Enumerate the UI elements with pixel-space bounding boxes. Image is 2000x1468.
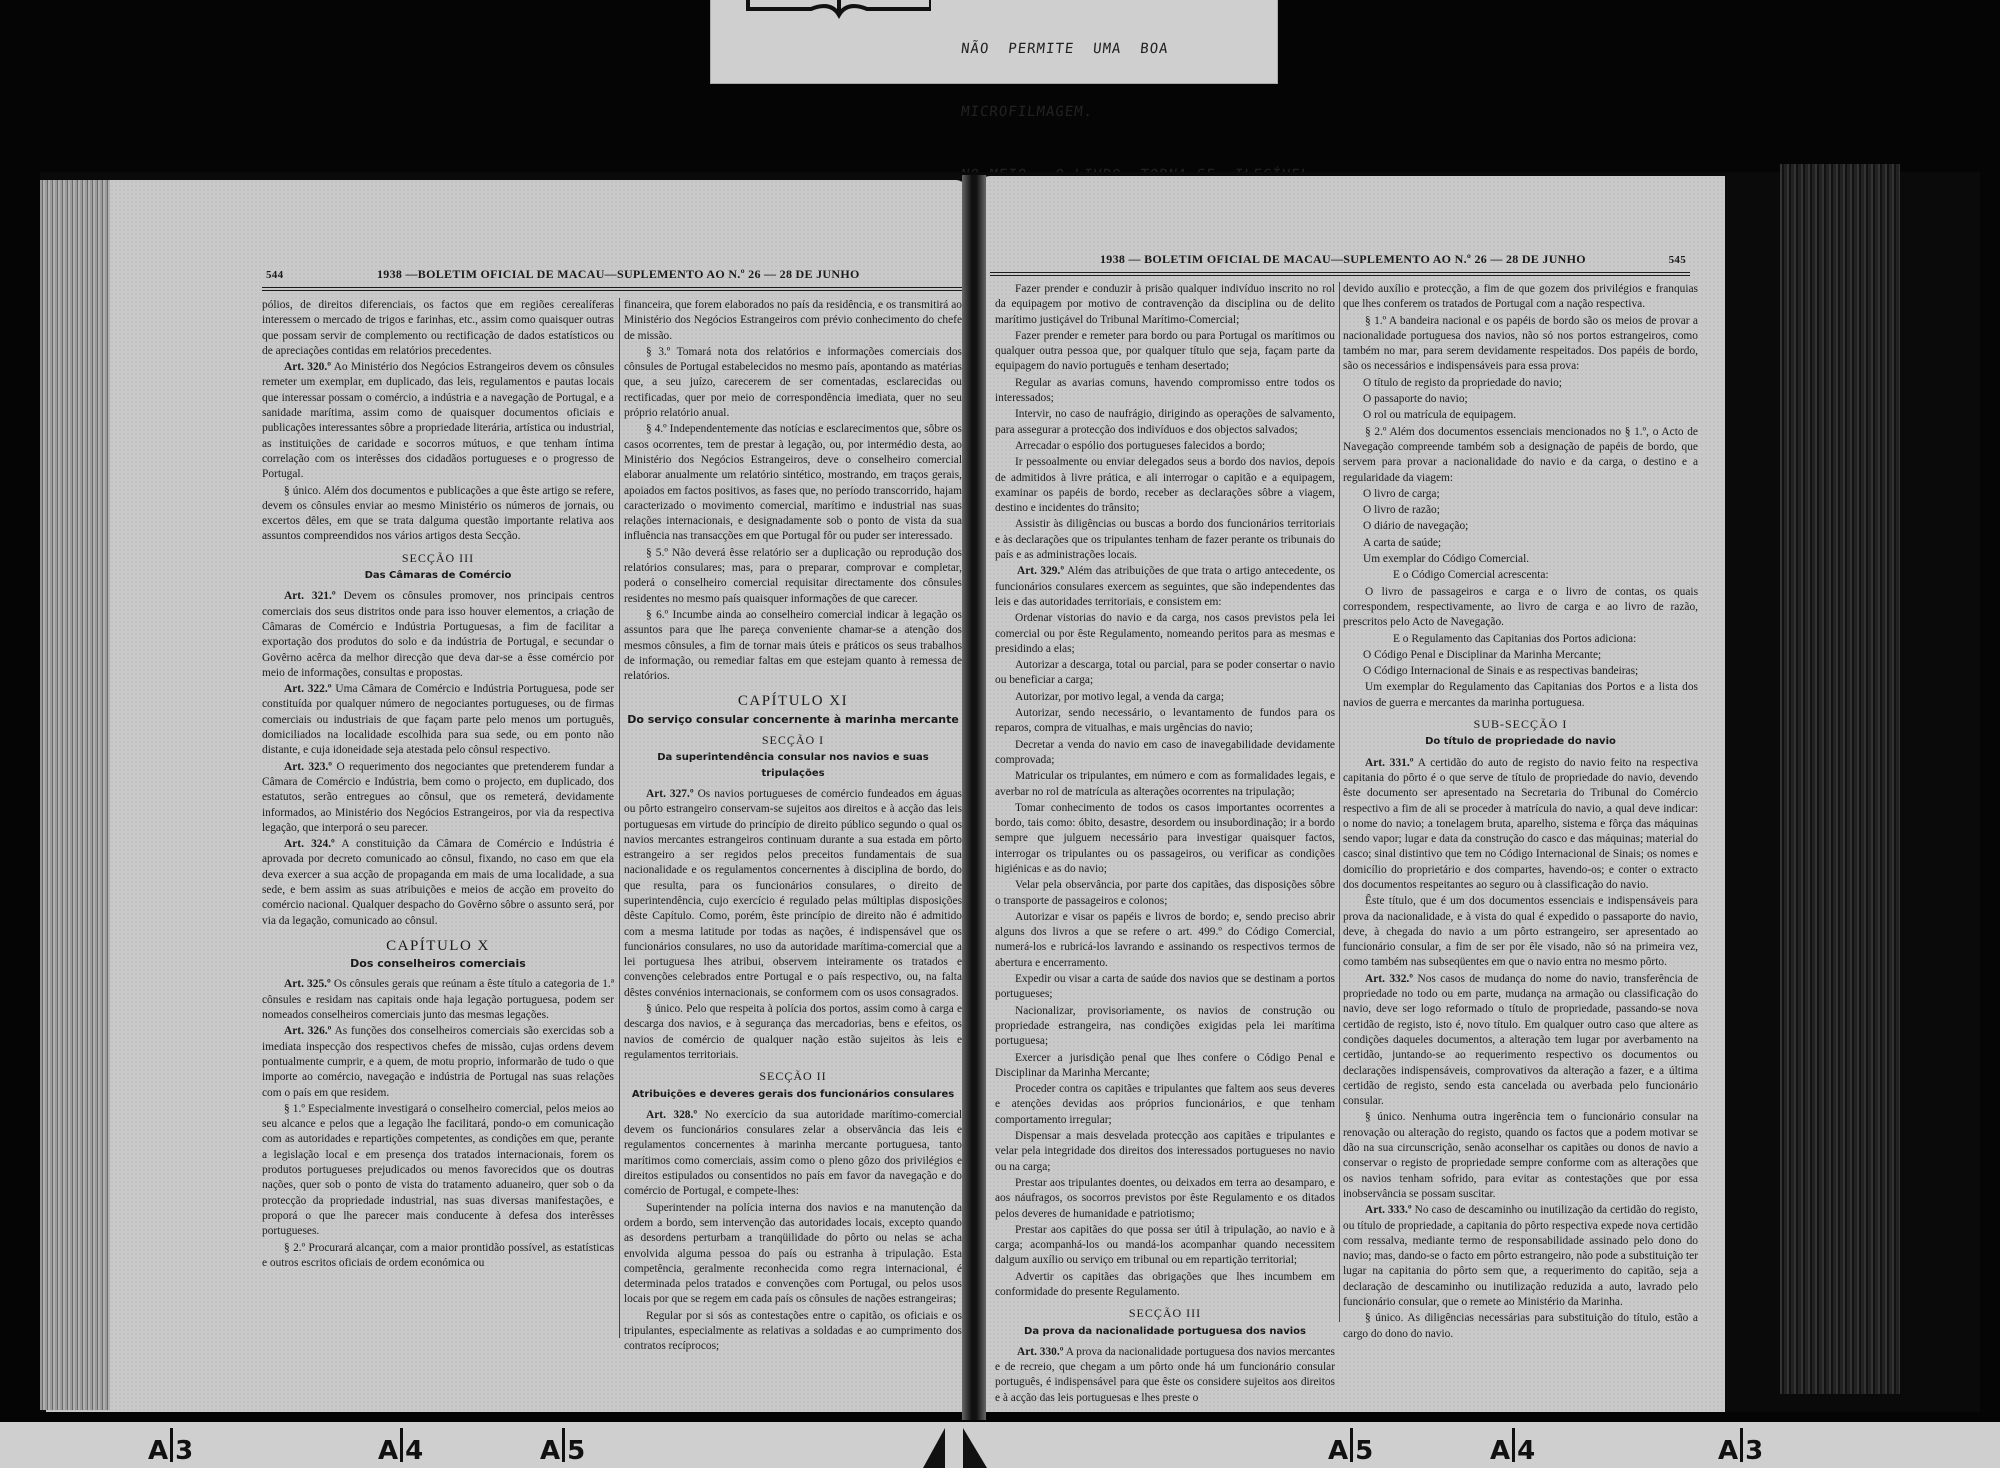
- section-title: SECÇÃO II: [624, 1069, 962, 1084]
- list-item: Ir pessoalmente ou enviar delegados seus…: [995, 455, 1335, 516]
- list-item: Autorizar e visar os papéis e livros de …: [995, 910, 1335, 971]
- article-320: Art. 320.º Ao Ministério dos Negócios Es…: [262, 360, 614, 482]
- marker-number: 5: [1355, 1436, 1373, 1466]
- running-title: 1938 — BOLETIM OFICIAL DE MACAU—SUPLEMEN…: [1100, 252, 1586, 267]
- section-subtitle: Das Câmaras de Comércio: [262, 568, 614, 583]
- right-column-1: Fazer prender e conduzir à prisão qualqu…: [995, 282, 1335, 1407]
- paragraph: § 4.º Independentemente das notícias e e…: [624, 422, 962, 544]
- list-item: O diário de navegação;: [1343, 519, 1698, 534]
- marker-letter: A: [1490, 1436, 1510, 1466]
- list-item: O Código Internacional de Sinais e as re…: [1343, 664, 1698, 679]
- chapter-subtitle: Do serviço consular concernente à marinh…: [624, 712, 962, 727]
- marker-number: 4: [1517, 1436, 1535, 1466]
- article-322: Art. 322.º Uma Câmara de Comércio e Indú…: [262, 682, 614, 758]
- list-item: A carta de saúde;: [1343, 536, 1698, 551]
- article-332: Art. 332.º Nos casos de mudança do nome …: [1343, 972, 1698, 1110]
- marker-bar: [170, 1428, 173, 1462]
- marker-number: 5: [567, 1436, 585, 1466]
- paragraph: § único. Pelo que respeita à polícia dos…: [624, 1002, 962, 1063]
- list-item: Um exemplar do Código Comercial.: [1343, 552, 1698, 567]
- paragraph: Um exemplar do Regulamento das Capitania…: [1343, 680, 1698, 711]
- paragraph: § 2.º Além dos documentos essenciais men…: [1343, 425, 1698, 486]
- film-frame-marker: A5: [1328, 1430, 1373, 1466]
- left-page-edges: [40, 180, 110, 1410]
- paragraph: devido auxílio e protecção, a fim de que…: [1343, 282, 1698, 313]
- paragraph: § único. Além dos documentos e publicaçõ…: [262, 484, 614, 545]
- paragraph: § único. Nenhuma outra ingerência tem o …: [1343, 1110, 1698, 1202]
- section-title: SECÇÃO III: [995, 1306, 1335, 1321]
- paragraph: § 1.º Especialmente investigará o consel…: [262, 1102, 614, 1240]
- running-title: 1938 —BOLETIM OFICIAL DE MACAU—SUPLEMENT…: [377, 267, 860, 282]
- paragraph: pólios, de direitos diferenciais, os fac…: [262, 298, 614, 359]
- paragraph: E o Regulamento das Capitanias dos Porto…: [1343, 632, 1698, 647]
- list-item: Ordenar vistorias do navio e da carga, n…: [995, 611, 1335, 657]
- note-line: NÃO PERMITE UMA BOA: [960, 39, 1311, 60]
- chapter-title: CAPÍTULO X: [262, 939, 614, 954]
- list-item: Arrecadar o espólio dos portugueses fale…: [995, 439, 1335, 454]
- article-331: Art. 331.º A certidão do auto de registo…: [1343, 756, 1698, 894]
- marker-letter: A: [1718, 1436, 1738, 1466]
- paragraph: § 1.º A bandeira nacional e os papéis de…: [1343, 314, 1698, 375]
- list-item: Superintender na polícia interna dos nav…: [624, 1201, 962, 1308]
- paragraph: § 5.º Não deverá êsse relatório ser a du…: [624, 546, 962, 607]
- marker-letter: A: [1328, 1436, 1348, 1466]
- article-328: Art. 328.º No exercício da sua autoridad…: [624, 1108, 962, 1200]
- list-item: Tomar conhecimento de todos os casos imp…: [995, 801, 1335, 877]
- list-item: Velar pela observância, por parte dos ca…: [995, 878, 1335, 909]
- list-item: Nacionalizar, provisoriamente, os navios…: [995, 1004, 1335, 1050]
- article-333: Art. 333.º No caso de descaminho ou inut…: [1343, 1203, 1698, 1310]
- center-alignment-arrows-icon: [905, 1428, 1005, 1468]
- column-divider: [1339, 282, 1340, 1322]
- marker-number: 3: [175, 1436, 193, 1466]
- paragraph: § único. As diligências necessárias para…: [1343, 1311, 1698, 1342]
- film-frame-marker: A3: [1718, 1430, 1763, 1466]
- page-number: 544: [266, 269, 283, 281]
- paragraph: O livro de passageiros e carga e o livro…: [1343, 585, 1698, 631]
- list-item: O título de registo da propriedade do na…: [1343, 376, 1698, 391]
- article-326: Art. 326.º As funções dos conselheiros c…: [262, 1024, 614, 1100]
- list-item: Intervir, no caso de naufrágio, dirigind…: [995, 407, 1335, 438]
- film-frame-marker: A4: [1490, 1430, 1535, 1466]
- article-329: Art. 329.º Além das atribuições de que t…: [995, 564, 1335, 610]
- list-item: O passaporte do navio;: [1343, 392, 1698, 407]
- list-item: Autorizar, por motivo legal, a venda da …: [995, 690, 1335, 705]
- subsection-title: SUB-SECÇÃO I: [1343, 717, 1698, 732]
- film-frame-marker: A3: [148, 1430, 193, 1466]
- marker-bar: [1740, 1428, 1743, 1462]
- paragraph: § 6.º Incumbe ainda ao conselheiro comer…: [624, 608, 962, 684]
- list-item: O livro de razão;: [1343, 503, 1698, 518]
- page-number: 545: [1669, 254, 1686, 266]
- article-323: Art. 323.º O requerimento dos negociante…: [262, 760, 614, 836]
- subsection-subtitle: Do título de propriedade do navio: [1343, 734, 1698, 749]
- note-line: MICROFILMAGEM.: [960, 102, 1311, 123]
- chapter-title: CAPÍTULO XI: [624, 694, 962, 709]
- paragraph: § 3.º Tomará nota dos relatórios e infor…: [624, 345, 962, 421]
- section-subtitle: Da prova da nacionalidade portuguesa dos…: [995, 1324, 1335, 1339]
- list-item: Exercer a jurisdição penal que lhes conf…: [995, 1051, 1335, 1082]
- right-page-edges: [1780, 164, 1900, 1394]
- list-item: Autorizar, sendo necessário, o levantame…: [995, 706, 1335, 737]
- article-330: Art. 330.º A prova da nacionalidade port…: [995, 1345, 1335, 1406]
- list-item: Prestar aos tripulantes doentes, ou deix…: [995, 1176, 1335, 1222]
- list-item: Matricular os tripulantes, em número e c…: [995, 769, 1335, 800]
- marker-number: 3: [1745, 1436, 1763, 1466]
- list-item: Regular por si sós as contestações entre…: [624, 1309, 962, 1355]
- list-item: Proceder contra os capitães e tripulante…: [995, 1082, 1335, 1128]
- film-frame-marker: A5: [540, 1430, 585, 1466]
- left-page-header: 544 1938 —BOLETIM OFICIAL DE MACAU—SUPLE…: [262, 265, 962, 291]
- list-item: Autorizar a descarga, total ou parcial, …: [995, 658, 1335, 689]
- list-item: Decretar a venda do navio em caso de ina…: [995, 738, 1335, 769]
- marker-number: 4: [405, 1436, 423, 1466]
- article-325: Art. 325.º Os cônsules gerais que reúnam…: [262, 977, 614, 1023]
- section-subtitle: Da superintendência consular nos navios …: [624, 750, 962, 781]
- marker-bar: [1512, 1428, 1515, 1462]
- marker-bar: [1350, 1428, 1353, 1462]
- article-327: Art. 327.º Os navios portugueses de comé…: [624, 787, 962, 1001]
- film-frame-marker: A4: [378, 1430, 423, 1466]
- list-item: O rol ou matrícula de equipagem.: [1343, 408, 1698, 423]
- open-book-icon: [731, 0, 931, 21]
- marker-bar: [562, 1428, 565, 1462]
- list-item: O Código Penal e Disciplinar da Marinha …: [1343, 648, 1698, 663]
- paragraph: Êste título, que é um dos documentos ess…: [1343, 894, 1698, 970]
- list-item: Prestar aos capitães do que possa ser út…: [995, 1223, 1335, 1269]
- list-item: Fazer prender e conduzir à prisão qualqu…: [995, 282, 1335, 328]
- list-item: Dispensar a mais desvelada protecção aos…: [995, 1129, 1335, 1175]
- chapter-subtitle: Dos conselheiros comerciais: [262, 956, 614, 971]
- book-gutter: [962, 175, 986, 1420]
- section-title: SECÇÃO I: [624, 733, 962, 748]
- article-321: Art. 321.º Devem os cônsules promover, n…: [262, 589, 614, 681]
- list-item: Expedir ou visar a carta de saúde dos na…: [995, 972, 1335, 1003]
- paragraph: § 2.º Procurará alcançar, com a maior pr…: [262, 1241, 614, 1272]
- section-title: SECÇÃO III: [262, 551, 614, 566]
- marker-letter: A: [378, 1436, 398, 1466]
- right-column-2: devido auxílio e protecção, a fim de que…: [1343, 282, 1698, 1343]
- list-item: Regular as avarias comuns, havendo compr…: [995, 376, 1335, 407]
- left-column-1: pólios, de direitos diferenciais, os fac…: [262, 298, 614, 1272]
- left-column-2: financeira, que forem elaborados no país…: [624, 298, 962, 1356]
- marker-letter: A: [540, 1436, 560, 1466]
- list-item: Advertir os capitães das obrigações que …: [995, 1270, 1335, 1301]
- marker-bar: [400, 1428, 403, 1462]
- microfilm-target-card: NÃO PERMITE UMA BOA MICROFILMAGEM. NO ME…: [710, 0, 1278, 84]
- article-324: Art. 324.º A constituição da Câmara de C…: [262, 837, 614, 929]
- list-item: Fazer prender e remeter para bordo ou pa…: [995, 329, 1335, 375]
- right-page-header: 1938 — BOLETIM OFICIAL DE MACAU—SUPLEMEN…: [990, 250, 1690, 276]
- paragraph: financeira, que forem elaborados no país…: [624, 298, 962, 344]
- paragraph: E o Código Comercial acrescenta:: [1343, 568, 1698, 583]
- section-subtitle: Atribuições e deveres gerais dos funcion…: [624, 1087, 962, 1102]
- list-item: O livro de carga;: [1343, 487, 1698, 502]
- marker-letter: A: [148, 1436, 168, 1466]
- column-divider: [619, 298, 620, 1338]
- list-item: Assistir às diligências ou buscas a bord…: [995, 517, 1335, 563]
